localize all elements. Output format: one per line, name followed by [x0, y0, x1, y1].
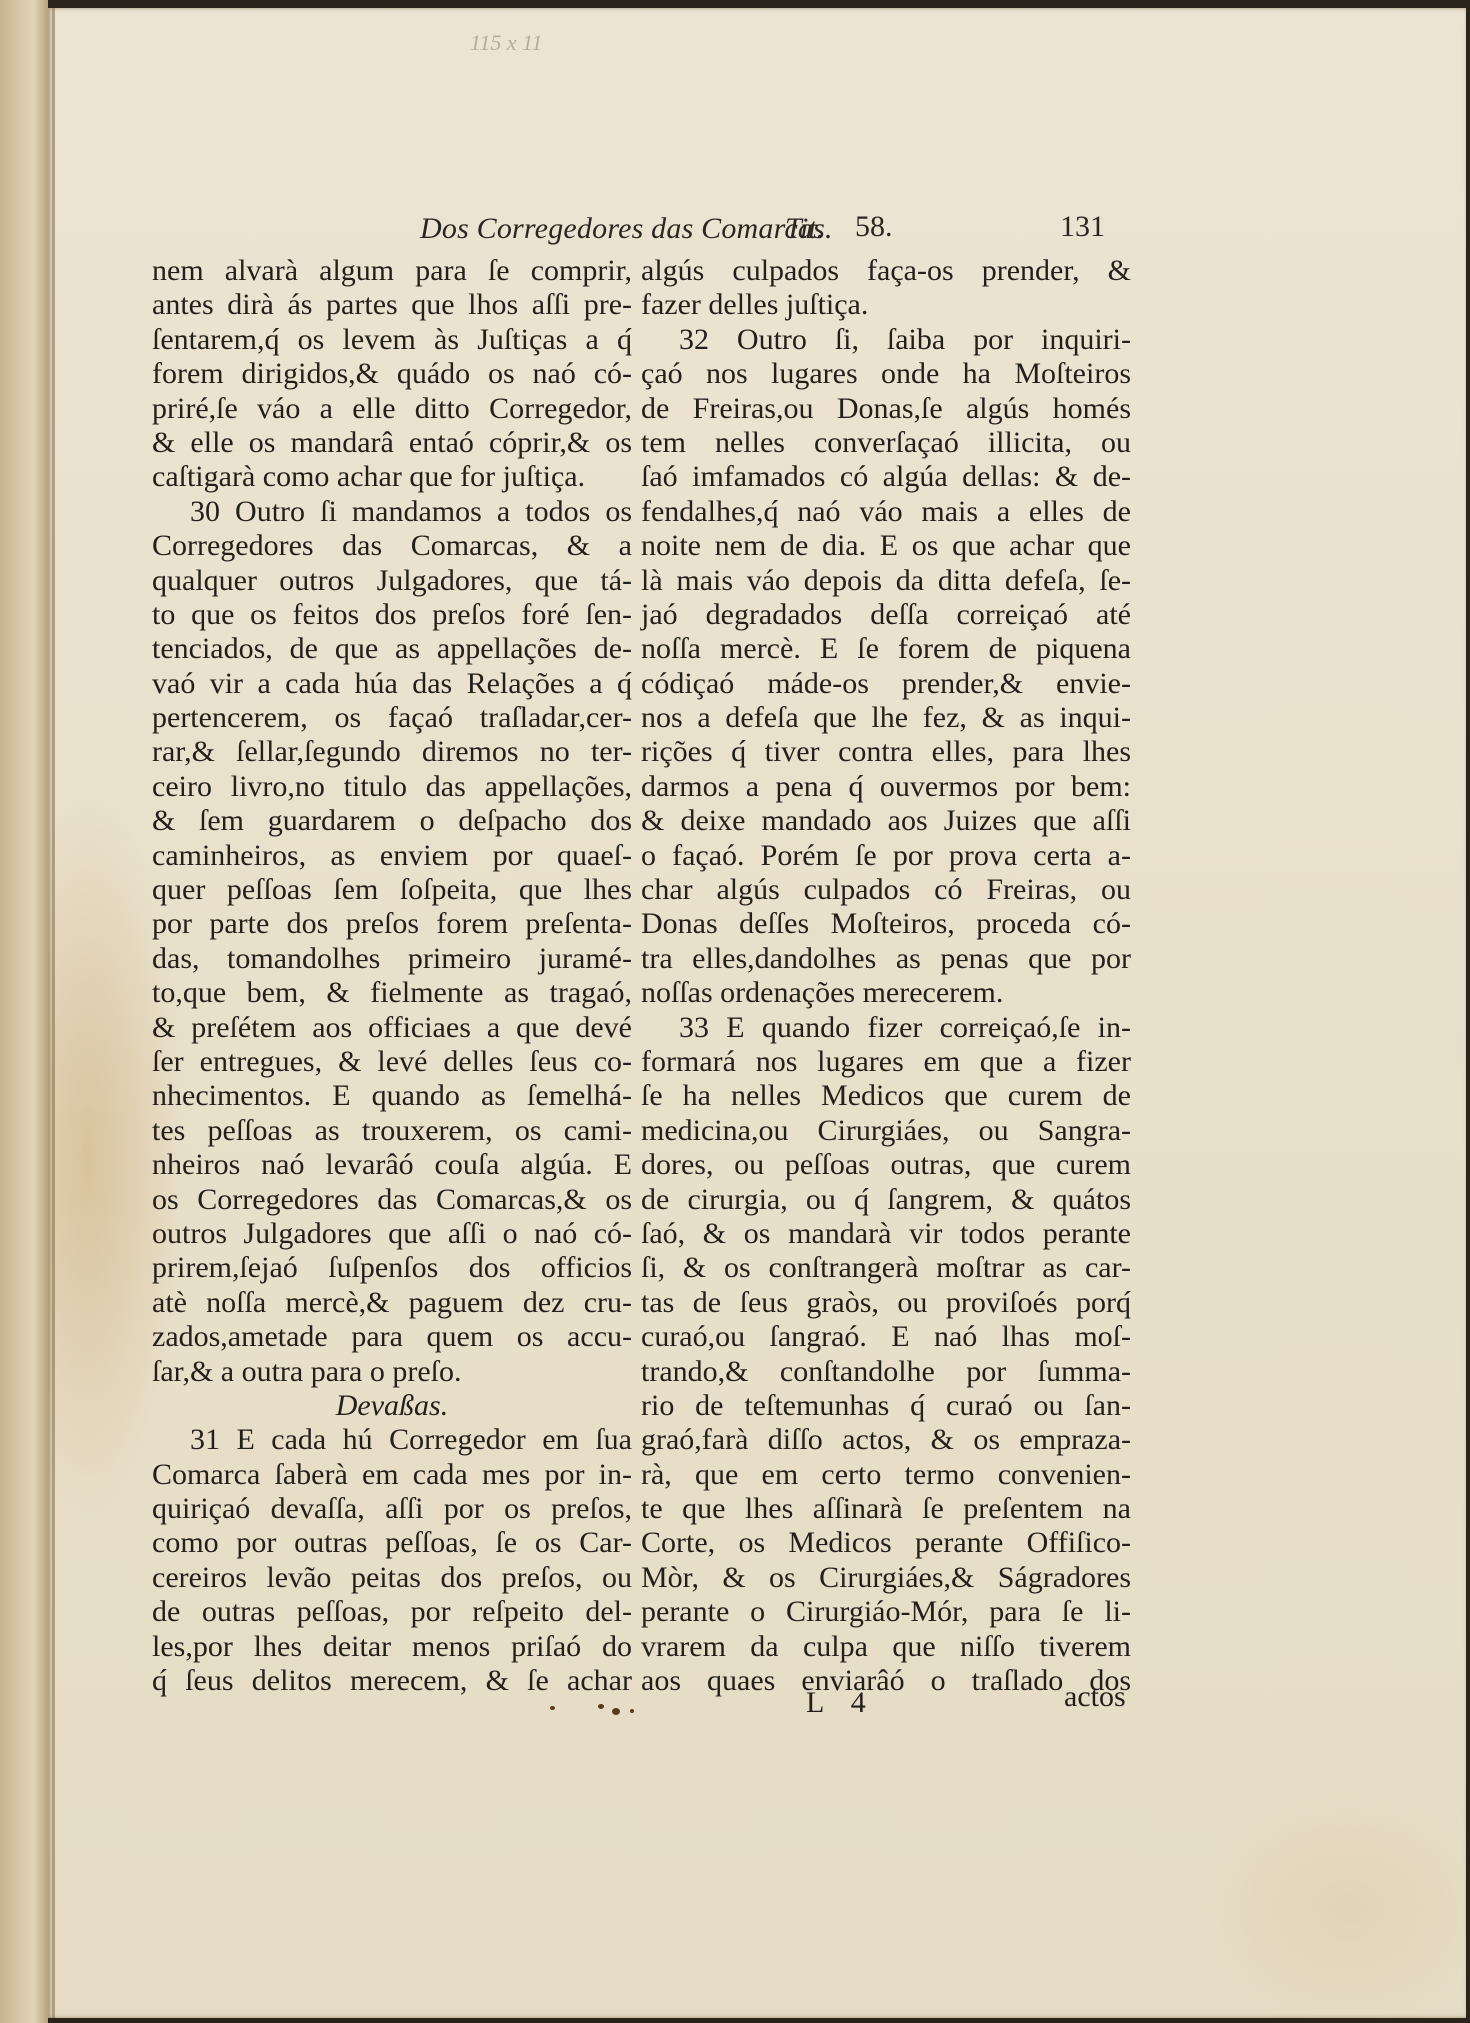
text-line: antes dirà ás partes que lhos aſſi pre-: [152, 288, 632, 322]
text-line: perante o Cirurgiáo-Mór, para ſe li-: [641, 1595, 1131, 1629]
text-line: darmos a pena q́ ouvermos por bem:: [641, 770, 1131, 804]
text-line: nhecimentos. E quando as ſemelhá-: [152, 1079, 632, 1113]
text-line: zados,ametade para quem os accu-: [152, 1320, 632, 1354]
text-line: nheiros naó levarâó couſa algúa. E: [152, 1148, 632, 1182]
text-line: caminheiros, as enviem por quaeſ-: [152, 839, 632, 873]
text-line: de cirurgia, ou q́ ſangrem, & quátos: [641, 1183, 1131, 1217]
text-line: Devaßas.: [152, 1389, 632, 1423]
text-line: to,que bem, & fielmente as tragaó,: [152, 976, 632, 1010]
text-line: Mòr, & os Cirurgiáes,& Ságradores: [641, 1561, 1131, 1595]
text-line: medicina,ou Cirurgiáes, ou Sangra-: [641, 1114, 1131, 1148]
ink-spots: [540, 1700, 660, 1720]
right-text-column: algús culpados faça-os prender, &fazer d…: [641, 254, 1131, 1698]
folio-number: 131: [1060, 210, 1105, 244]
text-line: rar,& ſellar,ſegundo diremos no ter-: [152, 735, 632, 769]
text-line: por parte dos preſos forem preſenta-: [152, 907, 632, 941]
text-line: noſſa mercè. E ſe forem de piquena: [641, 632, 1131, 666]
text-line: & elle os mandarâ entaó cóprir,& os: [152, 426, 632, 460]
text-line: & deixe mandado aos Juizes que aſſi: [641, 804, 1131, 838]
signature-mark: L 4: [806, 1686, 876, 1720]
text-line: algús culpados faça-os prender, &: [641, 254, 1131, 288]
text-line: graó,farà diſſo actos, & os empraza-: [641, 1423, 1131, 1457]
text-line: dores, ou peſſoas outras, que curem: [641, 1148, 1131, 1182]
text-line: o façaó. Porém ſe por prova certa a-: [641, 839, 1131, 873]
text-line: de Freiras,ou Donas,ſe algús homés: [641, 392, 1131, 426]
text-line: rio de teſtemunhas q́ curaó ou ſan-: [641, 1389, 1131, 1423]
catchword: actos: [1064, 1680, 1126, 1714]
text-line: Corte, os Medicos perante Offiſico-: [641, 1526, 1131, 1560]
title-number: 58.: [855, 210, 893, 244]
text-line: fendalhes,q́ naó váo mais a elles de: [641, 495, 1131, 529]
text-line: ſer entregues, & levé delles ſeus co-: [152, 1045, 632, 1079]
text-line: tas de ſeus graòs, ou proviſoés porq́: [641, 1286, 1131, 1320]
handwritten-shelfmark: 115 x 11: [470, 30, 543, 56]
text-line: jaó degradados deſſa correiçaó até: [641, 598, 1131, 632]
text-line: cereiros levão peitas dos preſos, ou: [152, 1561, 632, 1595]
text-line: noſſas ordenações merecerem.: [641, 976, 1131, 1010]
text-line: te que lhes aſſinarà ſe preſentem na: [641, 1492, 1131, 1526]
text-line: 30 Outro ſi mandamos a todos os: [152, 495, 632, 529]
text-line: 32 Outro ſi, ſaiba por inquiri-: [641, 323, 1131, 357]
title-label: Tit.: [785, 212, 824, 246]
text-line: prirem,ſejaó ſuſpenſos dos officios: [152, 1251, 632, 1285]
text-line: de outras peſſoas, por reſpeito del-: [152, 1595, 632, 1629]
left-text-column: nem alvarà algum para ſe comprir,antes d…: [152, 254, 632, 1698]
text-line: q́ ſeus delitos merecem, & ſe achar: [152, 1664, 632, 1698]
text-line: rições q́ tiver contra elles, para lhes: [641, 735, 1131, 769]
text-line: ſaó, & os mandarà vir todos perante: [641, 1217, 1131, 1251]
text-line: tes peſſoas as trouxerem, os cami-: [152, 1114, 632, 1148]
text-line: nos a defeſa que lhe fez, & as inqui-: [641, 701, 1131, 735]
text-line: vaó vir a cada húa das Relações a q́: [152, 667, 632, 701]
page-gutter: [52, 8, 55, 2018]
text-line: priré,ſe váo a elle ditto Corregedor,: [152, 392, 632, 426]
text-line: como por outras peſſoas, ſe os Car-: [152, 1526, 632, 1560]
text-line: quiriçaó devaſſa, aſſi por os preſos,: [152, 1492, 632, 1526]
text-line: noite nem de dia. E os que achar que: [641, 529, 1131, 563]
text-line: os Corregedores das Comarcas,& os: [152, 1183, 632, 1217]
text-line: to que os feitos dos preſos foré ſen-: [152, 598, 632, 632]
text-line: 33 E quando fizer correiçaó,ſe in-: [641, 1011, 1131, 1045]
text-line: çaó nos lugares onde ha Moſteiros: [641, 357, 1131, 391]
text-line: outros Julgadores que aſſi o naó có-: [152, 1217, 632, 1251]
text-line: Corregedores das Comarcas, & a: [152, 529, 632, 563]
text-line: nem alvarà algum para ſe comprir,: [152, 254, 632, 288]
text-line: qualquer outros Julgadores, que tá-: [152, 564, 632, 598]
text-line: atè noſſa mercè,& paguem dez cru-: [152, 1286, 632, 1320]
adjacent-page-edge: [0, 0, 48, 2023]
text-line: ſe ha nelles Medicos que curem de: [641, 1079, 1131, 1113]
text-line: tra elles,dandolhes as penas que por: [641, 942, 1131, 976]
text-line: trando,& conſtandolhe por ſumma-: [641, 1355, 1131, 1389]
text-line: les,por lhes deitar menos priſaó do: [152, 1630, 632, 1664]
text-line: fazer delles juſtiça.: [641, 288, 1131, 322]
text-line: 31 E cada hú Corregedor em ſua: [152, 1423, 632, 1457]
text-line: char algús culpados có Freiras, ou: [641, 873, 1131, 907]
text-line: ſaó imfamados có algúa dellas: & de-: [641, 460, 1131, 494]
text-line: vrarem da culpa que niſſo tiverem: [641, 1630, 1131, 1664]
text-line: quer peſſoas ſem ſoſpeita, que lhes: [152, 873, 632, 907]
text-line: tem nelles converſaçaó illicita, ou: [641, 426, 1131, 460]
text-line: códiçaó máde-os prender,& envie-: [641, 667, 1131, 701]
text-line: ſi, & os conſtrangerà moſtrar as car-: [641, 1251, 1131, 1285]
text-line: forem dirigidos,& quádo os naó có-: [152, 357, 632, 391]
text-line: Comarca ſaberà em cada mes por in-: [152, 1458, 632, 1492]
text-line: rà, que em certo termo convenien-: [641, 1458, 1131, 1492]
running-head: Dos Corregedores das Comarcas. Tit. 58. …: [420, 212, 1120, 248]
text-line: & preſétem aos officiaes a que devé: [152, 1011, 632, 1045]
text-line: aos quaes enviarâó o traſlado dos: [641, 1664, 1131, 1698]
text-line: pertencerem, os façaó traſladar,cer-: [152, 701, 632, 735]
text-line: caſtigarà como achar que for juſtiça.: [152, 460, 632, 494]
text-line: Donas deſſes Moſteiros, proceda có-: [641, 907, 1131, 941]
text-line: das, tomandolhes primeiro juramé-: [152, 942, 632, 976]
running-head-title: Dos Corregedores das Comarcas.: [420, 212, 833, 246]
text-line: ſentarem,q́ os levem às Juſtiças a q́: [152, 323, 632, 357]
text-line: tenciados, de que as appellações de-: [152, 632, 632, 666]
text-line: curaó,ou ſangraó. E naó lhas moſ-: [641, 1320, 1131, 1354]
text-line: formará nos lugares em que a fizer: [641, 1045, 1131, 1079]
text-line: là mais váo depois da ditta defeſa, ſe-: [641, 564, 1131, 598]
text-line: & ſem guardarem o deſpacho dos: [152, 804, 632, 838]
text-line: ceiro livro,no titulo das appellações,: [152, 770, 632, 804]
text-line: ſar,& a outra para o preſo.: [152, 1355, 632, 1389]
